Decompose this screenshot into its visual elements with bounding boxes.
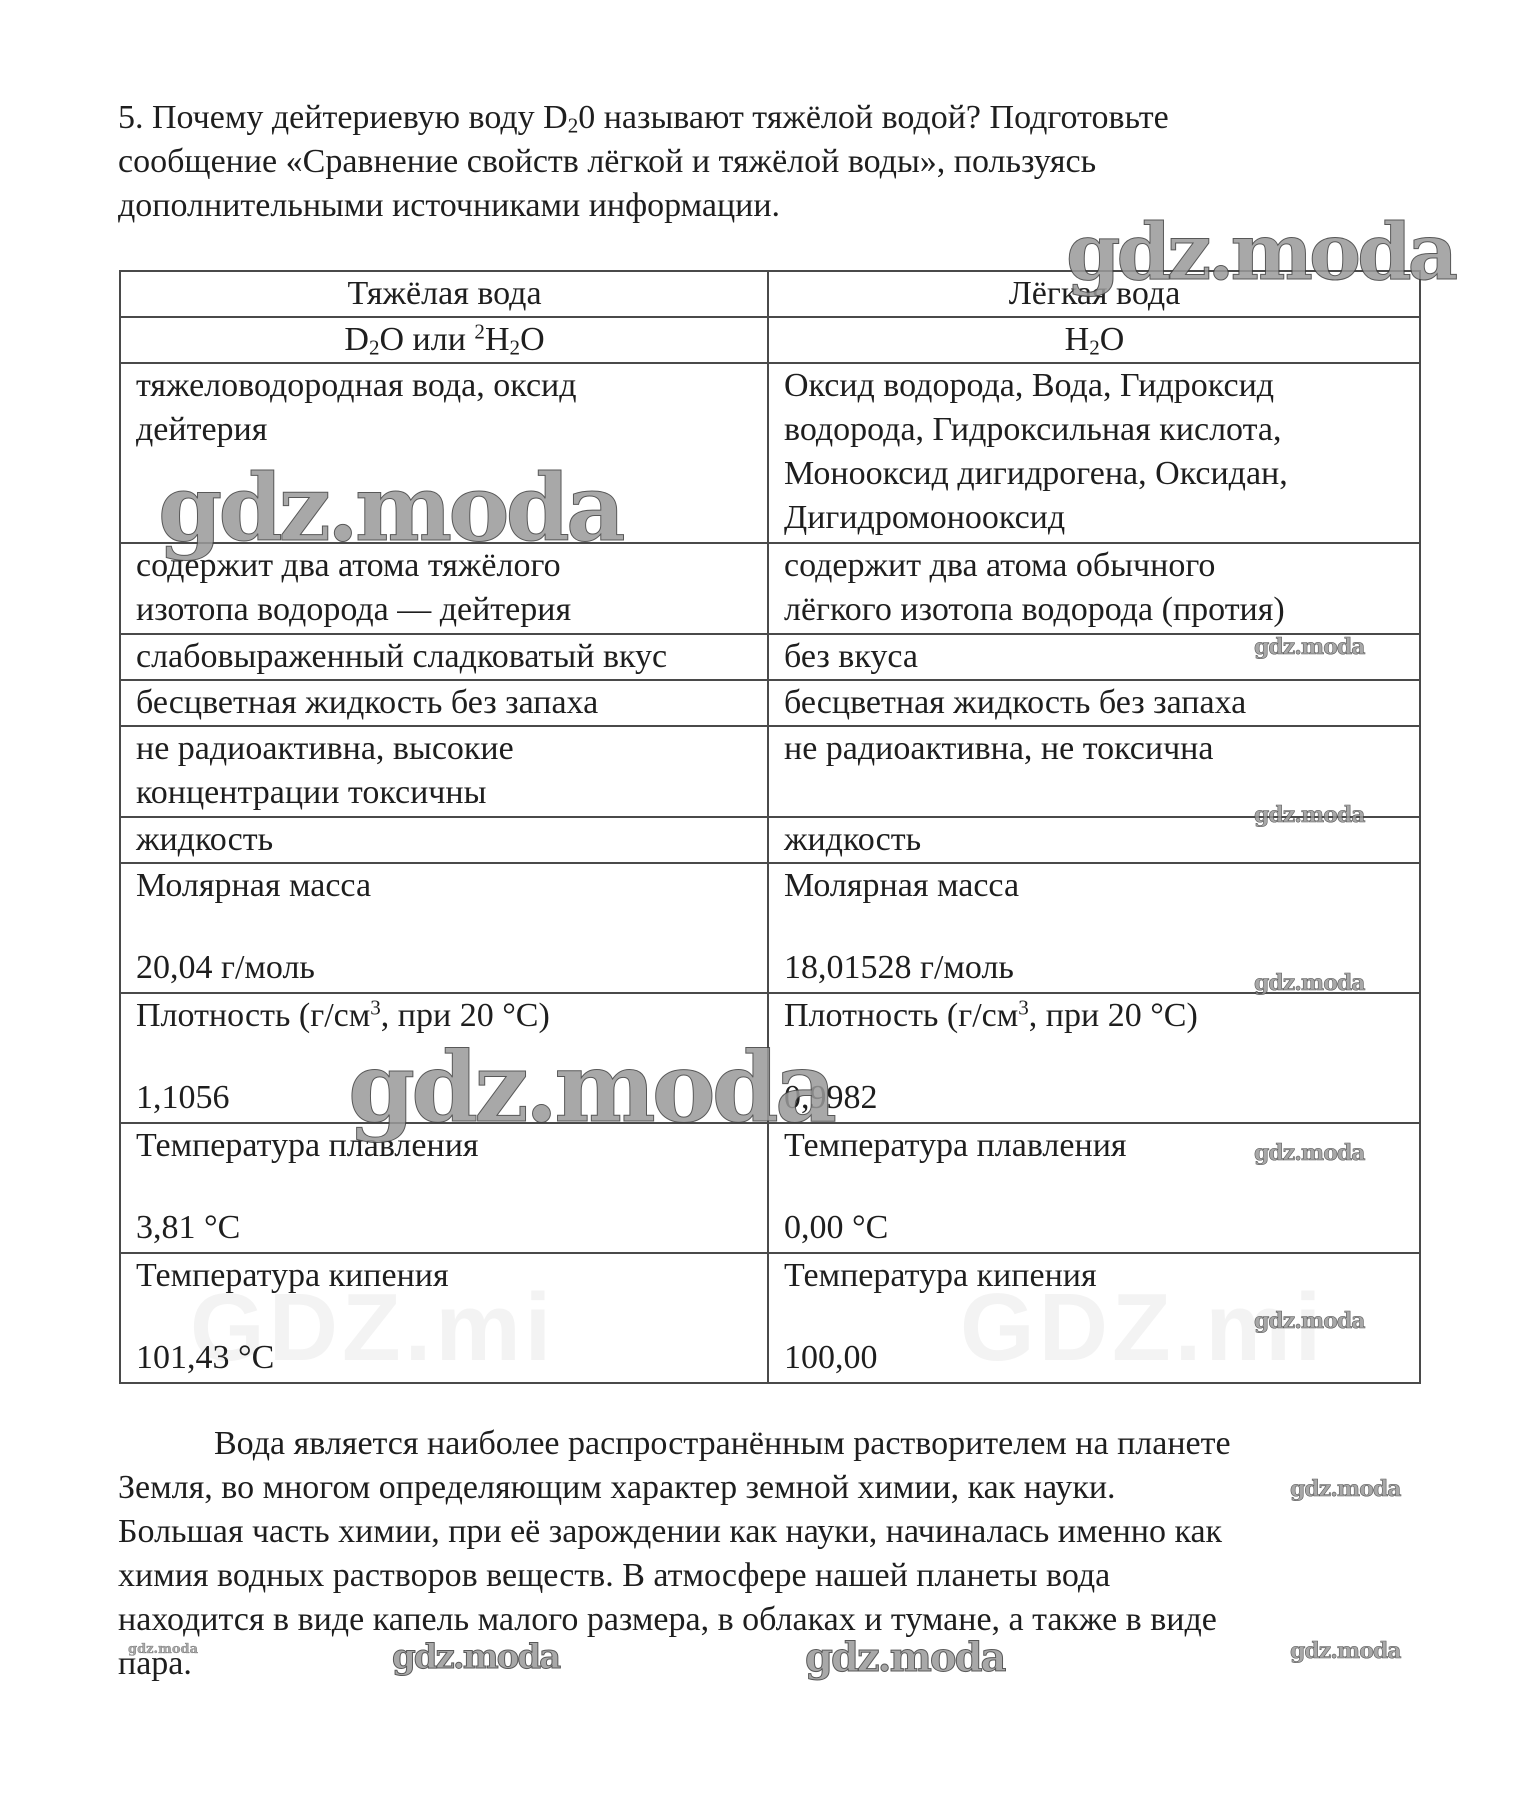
light-cell: Оксид водорода, Вода, Гидроксид водорода… (768, 363, 1420, 543)
light-cell: бесцветная жидкость без запаха (768, 680, 1420, 726)
light-cell: Температура плавления 0,00 °С (768, 1123, 1420, 1253)
table-row: тяжеловодородная вода, оксид дейтерия Ок… (120, 363, 1420, 543)
light-cell: без вкуса (768, 634, 1420, 680)
formula-row: D2O или 2H2O H2O (120, 317, 1420, 363)
table-row: не радиоактивна, высокие концентрации то… (120, 726, 1420, 817)
table-header-row: Тяжёлая вода Лёгкая вода (120, 271, 1420, 317)
heavy-cell: Молярная масса 20,04 г/моль (120, 863, 768, 993)
light-cell: содержит два атома обычного лёгкого изот… (768, 543, 1420, 634)
light-cell: жидкость (768, 817, 1420, 863)
table-row: жидкость жидкость (120, 817, 1420, 863)
explanation-paragraph: Вода является наиболее распространённым … (118, 1422, 1428, 1686)
paragraph-line: находится в виде капель малого размера, … (118, 1598, 1428, 1642)
document-page: GDZ.mi GDZ.mi 5. Почему дейтериевую воду… (0, 0, 1537, 1820)
paragraph-line: пара. (118, 1642, 1428, 1686)
light-water-formula: H2O (768, 317, 1420, 363)
paragraph-line: Земля, во многом определяющим характер з… (118, 1466, 1428, 1510)
heavy-cell: не радиоактивна, высокие концентрации то… (120, 726, 768, 817)
heavy-cell: жидкость (120, 817, 768, 863)
table-row-molar-mass: Молярная масса 20,04 г/моль Молярная мас… (120, 863, 1420, 993)
light-cell: Молярная масса 18,01528 г/моль (768, 863, 1420, 993)
heavy-cell: содержит два атома тяжёлого изотопа водо… (120, 543, 768, 634)
column-header-light-water: Лёгкая вода (768, 271, 1420, 317)
question-line: дополнительными источниками информации. (118, 184, 1438, 228)
table-row: содержит два атома тяжёлого изотопа водо… (120, 543, 1420, 634)
heavy-cell: бесцветная жидкость без запаха (120, 680, 768, 726)
table-row-density: Плотность (г/см3, при 20 °С) 1,1056 Плот… (120, 993, 1420, 1123)
light-cell: Плотность (г/см3, при 20 °С) 0,9982 (768, 993, 1420, 1123)
table-row-melting-point: Температура плавления 3,81 °С Температур… (120, 1123, 1420, 1253)
light-cell: не радиоактивна, не токсична (768, 726, 1420, 817)
paragraph-line: Большая часть химии, при её зарождении к… (118, 1510, 1428, 1554)
table-row: слабовыраженный сладковатый вкус без вку… (120, 634, 1420, 680)
heavy-cell: Температура кипения 101,43 °С (120, 1253, 768, 1383)
question-line: 5. Почему дейтериевую воду D20 называют … (118, 96, 1438, 140)
comparison-table: Тяжёлая вода Лёгкая вода D2O или 2H2O H2… (119, 270, 1421, 1384)
question-text: 5. Почему дейтериевую воду D20 называют … (118, 96, 1438, 228)
question-line: сообщение «Сравнение свойств лёгкой и тя… (118, 140, 1438, 184)
column-header-heavy-water: Тяжёлая вода (120, 271, 768, 317)
heavy-cell: Плотность (г/см3, при 20 °С) 1,1056 (120, 993, 768, 1123)
light-cell: Температура кипения 100,00 (768, 1253, 1420, 1383)
heavy-cell: Температура плавления 3,81 °С (120, 1123, 768, 1253)
heavy-water-formula: D2O или 2H2O (120, 317, 768, 363)
paragraph-line: Вода является наиболее распространённым … (118, 1422, 1428, 1466)
heavy-cell: слабовыраженный сладковатый вкус (120, 634, 768, 680)
heavy-cell: тяжеловодородная вода, оксид дейтерия (120, 363, 768, 543)
table-row: бесцветная жидкость без запаха бесцветна… (120, 680, 1420, 726)
paragraph-line: химия водных растворов веществ. В атмосф… (118, 1554, 1428, 1598)
table-row-boiling-point: Температура кипения 101,43 °С Температур… (120, 1253, 1420, 1383)
